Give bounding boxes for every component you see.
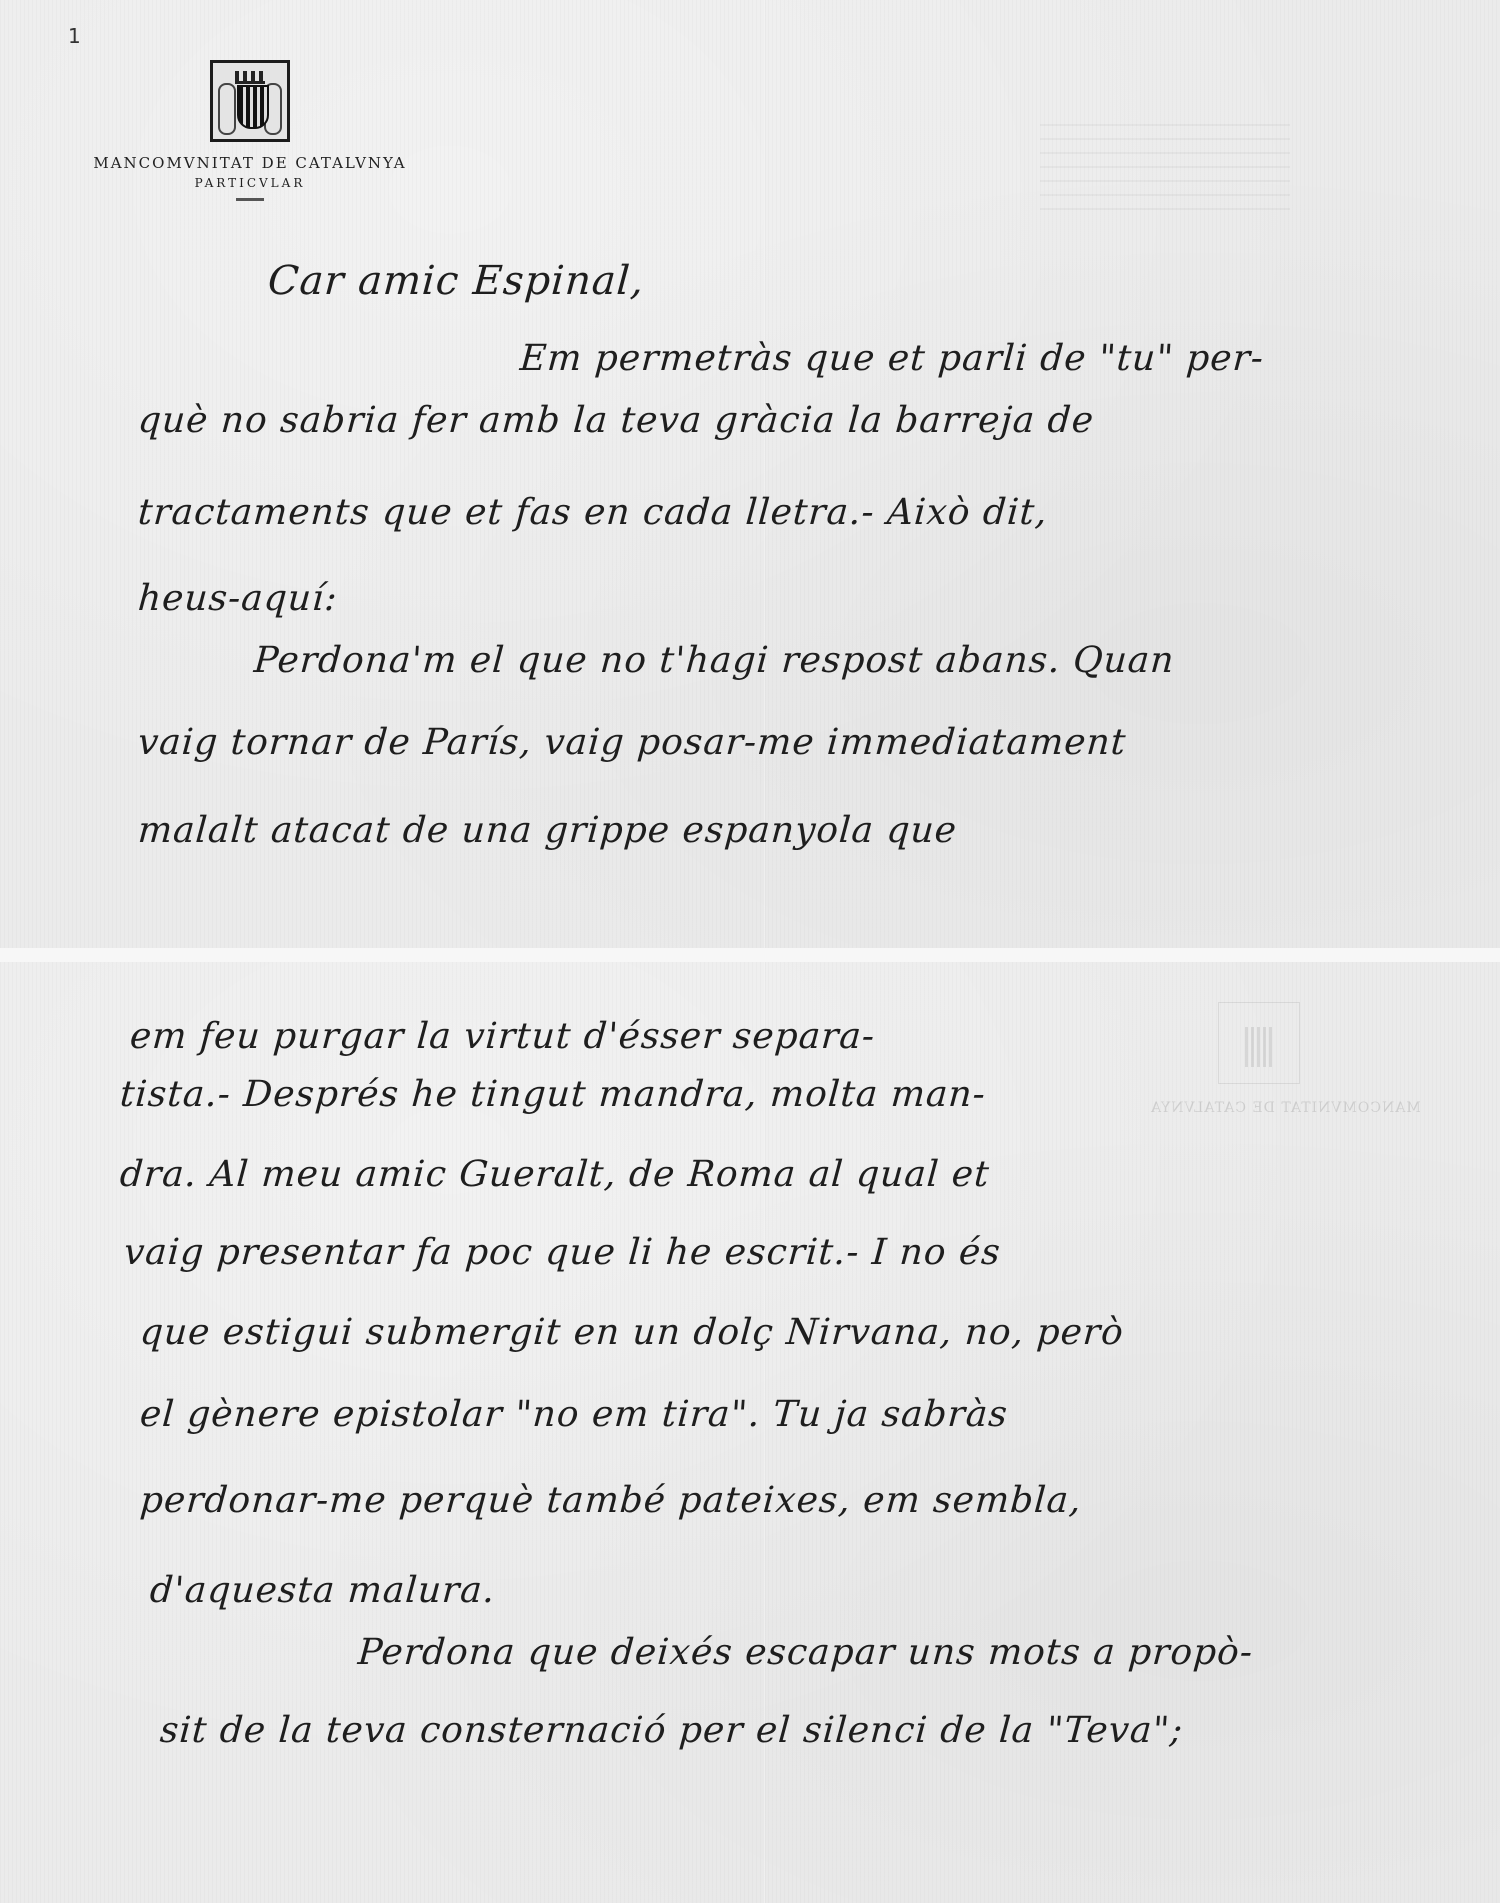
letterhead-rule bbox=[236, 198, 264, 201]
organization-subtitle: PARTICVLAR bbox=[70, 176, 430, 190]
handwritten-line: d'aquesta malura. bbox=[149, 1570, 497, 1611]
handwritten-line: vaig tornar de París, vaig posar-me imme… bbox=[137, 722, 1128, 763]
handwritten-line: tista.- Després he tingut mandra, molta … bbox=[119, 1074, 988, 1115]
page-number-mark: 1 bbox=[68, 24, 81, 48]
handwritten-line: què no sabria fer amb la teva gràcia la … bbox=[137, 400, 1096, 441]
handwritten-line: el gènere epistolar "no em tira". Tu ja … bbox=[139, 1394, 1010, 1435]
letter-page-2: MANCOMVNITAT DE CATALVNYA em feu purgar … bbox=[0, 962, 1500, 1903]
bleed-through-text: MANCOMVNITAT DE CATALVNYA bbox=[1150, 1100, 1421, 1116]
handwritten-line: Perdona que deixés escapar uns mots a pr… bbox=[357, 1632, 1255, 1673]
salutation: Car amic Espinal, bbox=[266, 258, 645, 304]
handwritten-line: heus-aquí: bbox=[137, 578, 340, 619]
handwritten-line: em feu purgar la virtut d'ésser separa- bbox=[129, 1016, 877, 1057]
handwritten-line: sit de la teva consternació per el silen… bbox=[159, 1710, 1185, 1751]
paper-fold bbox=[764, 0, 766, 948]
handwritten-line: tractaments que et fas en cada lletra.- … bbox=[137, 492, 1049, 533]
handwritten-line: perdonar-me perquè també pateixes, em se… bbox=[139, 1480, 1083, 1521]
letter-page-1: 1 MANCOMVNITAT DE CATALVNYA PARTICVLAR C… bbox=[0, 0, 1500, 948]
letterhead: MANCOMVNITAT DE CATALVNYA PARTICVLAR bbox=[70, 60, 430, 201]
handwritten-line: Em permetràs que et parli de "tu" per- bbox=[519, 338, 1266, 379]
handwritten-line: dra. Al meu amic Gueralt, de Roma al qua… bbox=[119, 1154, 991, 1195]
bleed-through-coat-of-arms-icon bbox=[1218, 1002, 1300, 1084]
handwritten-line: malalt atacat de una grippe espanyola qu… bbox=[137, 810, 959, 851]
bleed-through-text bbox=[1040, 120, 1290, 210]
handwritten-line: vaig presentar fa poc que li he escrit.-… bbox=[123, 1232, 1003, 1273]
handwritten-line: Perdona'm el que no t'hagi respost abans… bbox=[253, 640, 1176, 681]
organization-name: MANCOMVNITAT DE CATALVNYA bbox=[70, 154, 430, 172]
handwritten-line: que estigui submergit en un dolç Nirvana… bbox=[139, 1312, 1126, 1353]
coat-of-arms-icon bbox=[210, 60, 290, 142]
